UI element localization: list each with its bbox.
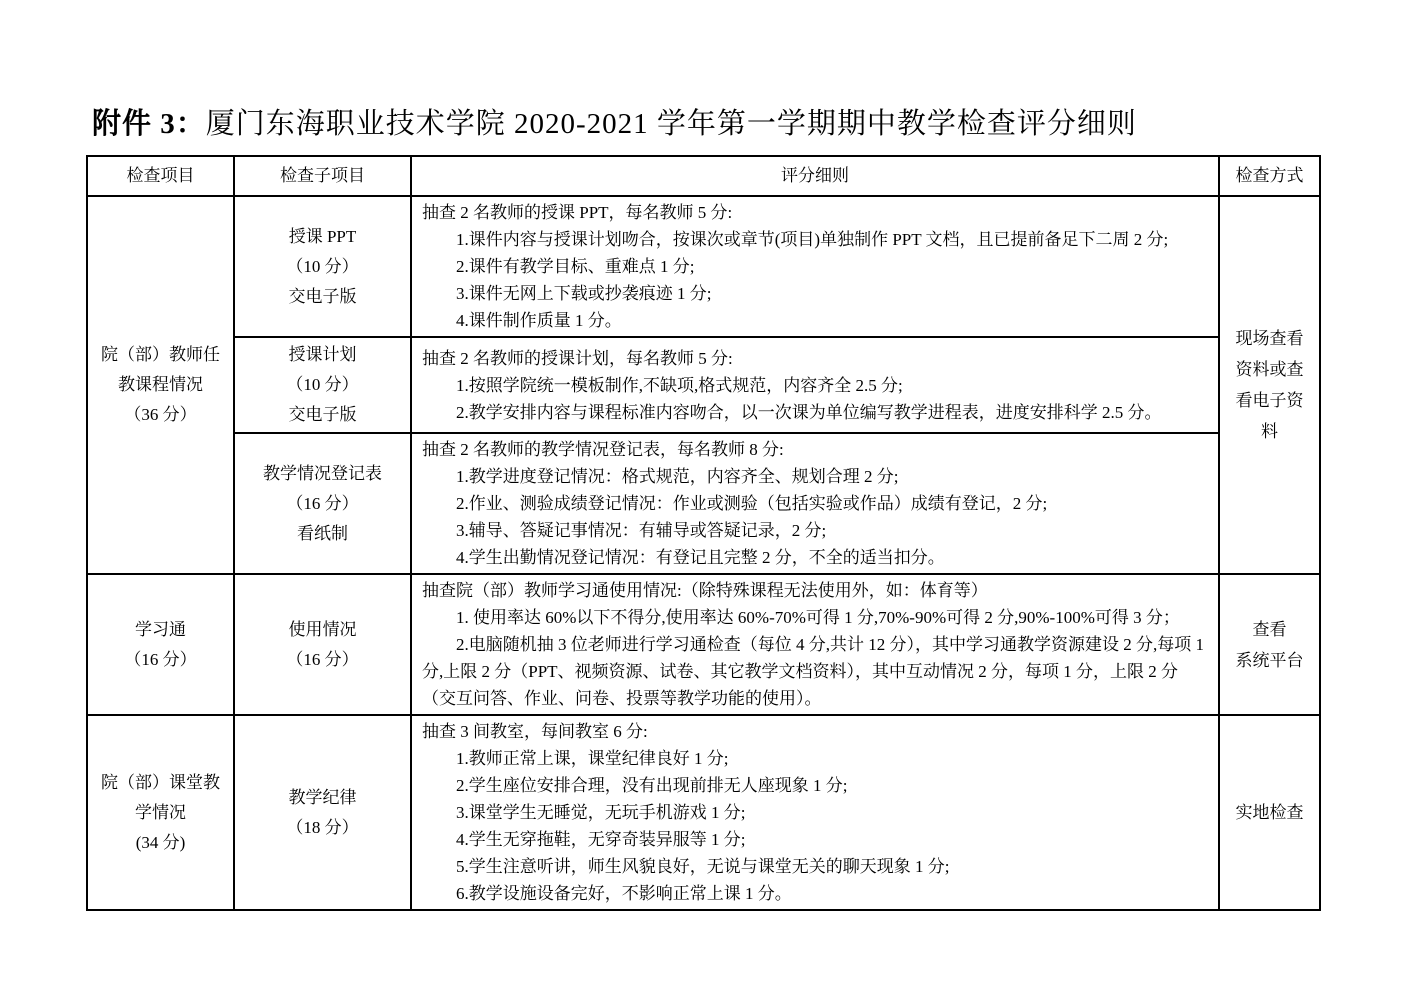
method-text-line1: 查看: [1232, 614, 1307, 645]
page-title-text: 厦门东海职业技术学院 2020-2021 学年第一学期期中教学检查评分细则: [206, 108, 1137, 140]
method-cell-field-inspection: 实地检查: [1219, 715, 1320, 910]
criteria-intro: 抽查院（部）教师学习通使用情况:（除特殊课程无法使用外，如：体育等）: [422, 577, 1208, 604]
criteria-item: 2.教学安排内容与课程标准内容吻合，以一次课为单位编写教学进程表，进度安排科学 …: [422, 399, 1208, 426]
criteria-cell-usage: 抽查院（部）教师学习通使用情况:（除特殊课程无法使用外，如：体育等） 1. 使用…: [411, 574, 1219, 715]
table-row-lecture-plan: 授课计划 （10 分） 交电子版 抽查 2 名教师的授课计划，每名教师 5 分:…: [87, 337, 1320, 433]
project-name: 院（部）课堂教学情况: [96, 768, 225, 828]
subproject-note: 交电子版: [243, 282, 402, 312]
criteria-item: 3.课件无网上下载或抄袭痕迹 1 分;: [422, 280, 1208, 307]
criteria-item: 3.课堂学生无睡觉，无玩手机游戏 1 分;: [422, 799, 1208, 826]
scoring-rules-table: 检查项目 检查子项目 评分细则 检查方式 院（部）教师任教课程情况 （36 分）…: [86, 155, 1321, 911]
method-text-line2: 系统平台: [1232, 645, 1307, 676]
subproject-score: （16 分）: [243, 645, 402, 675]
subproject-score: （10 分）: [243, 252, 402, 282]
criteria-item: 1.按照学院统一模板制作,不缺项,格式规范，内容齐全 2.5 分;: [422, 372, 1208, 399]
criteria-cell-lecture-ppt: 抽查 2 名教师的授课 PPT，每名教师 5 分: 1.课件内容与授课计划吻合，…: [411, 196, 1219, 337]
subproject-note: 看纸制: [243, 519, 402, 549]
table-row-classroom-teaching: 院（部）课堂教学情况 (34 分) 教学纪律 （18 分） 抽查 3 间教室，每…: [87, 715, 1320, 910]
project-cell-teaching-courses: 院（部）教师任教课程情况 （36 分）: [87, 196, 234, 574]
criteria-item: 5.学生注意听讲，师生风貌良好，无说与课堂无关的聊天现象 1 分;: [422, 853, 1208, 880]
criteria-cell-teaching-register: 抽查 2 名教师的教学情况登记表，每名教师 8 分: 1.教学进度登记情况：格式…: [411, 433, 1219, 574]
criteria-item: 6.教学设施设备完好，不影响正常上课 1 分。: [422, 880, 1208, 907]
method-cell-system-platform: 查看 系统平台: [1219, 574, 1320, 715]
header-cell-method: 检查方式: [1219, 156, 1320, 196]
criteria-intro: 抽查 3 间教室，每间教室 6 分:: [422, 718, 1208, 745]
criteria-intro: 抽查 2 名教师的授课计划，每名教师 5 分:: [422, 345, 1208, 372]
table-header-row: 检查项目 检查子项目 评分细则 检查方式: [87, 156, 1320, 196]
table-row-lecture-ppt: 院（部）教师任教课程情况 （36 分） 授课 PPT （10 分） 交电子版 抽…: [87, 196, 1320, 337]
criteria-item: 4.课件制作质量 1 分。: [422, 307, 1208, 334]
subproject-name: 授课计划: [243, 340, 402, 370]
table-row-teaching-register: 教学情况登记表 （16 分） 看纸制 抽查 2 名教师的教学情况登记表，每名教师…: [87, 433, 1320, 574]
header-cell-project: 检查项目: [87, 156, 234, 196]
subproject-score: （16 分）: [243, 489, 402, 519]
project-cell-xuexitong: 学习通 （16 分）: [87, 574, 234, 715]
criteria-item: 1.教学进度登记情况：格式规范，内容齐全、规划合理 2 分;: [422, 463, 1208, 490]
criteria-item: 2.电脑随机抽 3 位老师进行学习通检查（每位 4 分,共计 12 分），其中学…: [422, 631, 1208, 712]
criteria-item: 1. 使用率达 60%以下不得分,使用率达 60%-70%可得 1 分,70%-…: [422, 604, 1208, 631]
project-name: 院（部）教师任教课程情况: [96, 340, 225, 400]
criteria-item: 2.学生座位安排合理，没有出现前排无人座现象 1 分;: [422, 772, 1208, 799]
project-name: 学习通: [96, 615, 225, 645]
subproject-score: （10 分）: [243, 370, 402, 400]
header-cell-subproject: 检查子项目: [234, 156, 411, 196]
method-cell-onsite-materials: 现场查看资料或查看电子资料: [1219, 196, 1320, 574]
criteria-item: 1.教师正常上课，课堂纪律良好 1 分;: [422, 745, 1208, 772]
criteria-item: 3.辅导、答疑记事情况：有辅导或答疑记录，2 分;: [422, 517, 1208, 544]
subproject-note: 交电子版: [243, 400, 402, 430]
subproject-name: 教学情况登记表: [243, 459, 402, 489]
criteria-item: 1.课件内容与授课计划吻合，按课次或章节(项目)单独制作 PPT 文档，且已提前…: [422, 226, 1208, 253]
table-row-xuexitong: 学习通 （16 分） 使用情况 （16 分） 抽查院（部）教师学习通使用情况:（…: [87, 574, 1320, 715]
subproject-name: 教学纪律: [243, 783, 402, 813]
header-cell-criteria: 评分细则: [411, 156, 1219, 196]
subproject-score: （18 分）: [243, 813, 402, 843]
subproject-cell-teaching-register: 教学情况登记表 （16 分） 看纸制: [234, 433, 411, 574]
subproject-cell-lecture-ppt: 授课 PPT （10 分） 交电子版: [234, 196, 411, 337]
page-title: 附件 3：厦门东海职业技术学院 2020-2021 学年第一学期期中教学检查评分…: [92, 101, 1137, 142]
subproject-cell-usage: 使用情况 （16 分）: [234, 574, 411, 715]
subproject-name: 授课 PPT: [243, 222, 402, 252]
method-text: 实地检查: [1232, 797, 1307, 828]
criteria-item: 4.学生出勤情况登记情况：有登记且完整 2 分，不全的适当扣分。: [422, 544, 1208, 571]
page-title-attachment-label: 附件 3：: [92, 108, 206, 140]
criteria-item: 4.学生无穿拖鞋，无穿奇装异服等 1 分;: [422, 826, 1208, 853]
criteria-cell-lecture-plan: 抽查 2 名教师的授课计划，每名教师 5 分: 1.按照学院统一模板制作,不缺项…: [411, 337, 1219, 433]
criteria-item: 2.作业、测验成绩登记情况：作业或测验（包括实验或作品）成绩有登记，2 分;: [422, 490, 1208, 517]
project-score: （36 分）: [96, 400, 225, 430]
subproject-cell-lecture-plan: 授课计划 （10 分） 交电子版: [234, 337, 411, 433]
criteria-intro: 抽查 2 名教师的教学情况登记表，每名教师 8 分:: [422, 436, 1208, 463]
subproject-name: 使用情况: [243, 615, 402, 645]
subproject-cell-teaching-discipline: 教学纪律 （18 分）: [234, 715, 411, 910]
project-cell-classroom-teaching: 院（部）课堂教学情况 (34 分): [87, 715, 234, 910]
method-text: 现场查看资料或查看电子资料: [1232, 323, 1307, 447]
criteria-item: 2.课件有教学目标、重难点 1 分;: [422, 253, 1208, 280]
criteria-cell-teaching-discipline: 抽查 3 间教室，每间教室 6 分: 1.教师正常上课，课堂纪律良好 1 分; …: [411, 715, 1219, 910]
project-score: (34 分): [96, 828, 225, 858]
project-score: （16 分）: [96, 645, 225, 675]
criteria-intro: 抽查 2 名教师的授课 PPT，每名教师 5 分:: [422, 199, 1208, 226]
